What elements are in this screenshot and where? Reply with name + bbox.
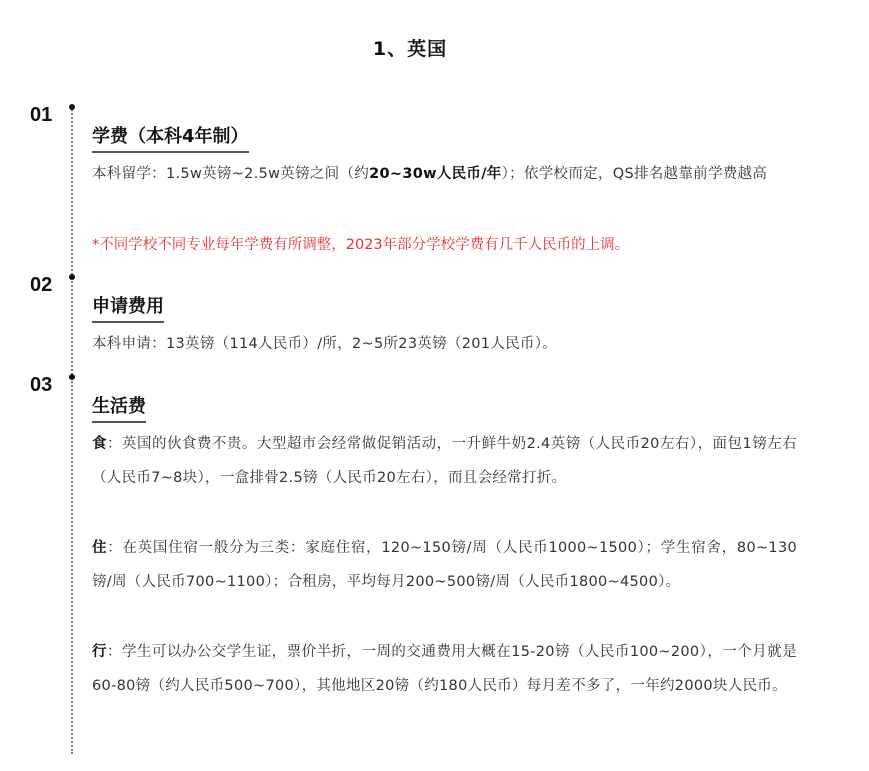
section-number-01: 01 (30, 104, 52, 127)
food-label: 食 (92, 436, 107, 452)
section-heading-application-fee: 申请费用 (92, 296, 164, 323)
transport-text: ：学生可以办公交学生证，票价半折，一周的交通费用大概在15-20镑（人民币100… (92, 644, 797, 694)
living-housing-paragraph: 住：在英国住宿一般分为三类：家庭住宿，120~150镑/周（人民币1000~15… (92, 532, 797, 599)
page-title: 1、英国 (0, 34, 820, 61)
tuition-note: *不同学校不同专业每年学费有所调整，2023年部分学校学费有几千人民币的上调。 (92, 235, 797, 255)
section-heading-tuition: 学费（本科4年制） (92, 126, 249, 153)
housing-text: ：在英国住宿一般分为三类：家庭住宿，120~150镑/周（人民币1000~150… (92, 540, 797, 590)
timeline-line (71, 106, 73, 754)
timeline-dot-icon (69, 104, 75, 110)
food-text: ：英国的伙食费不贵。大型超市会经常做促销活动，一升鲜牛奶2.4英镑（人民币20左… (92, 436, 797, 486)
living-food-paragraph: 食：英国的伙食费不贵。大型超市会经常做促销活动，一升鲜牛奶2.4英镑（人民币20… (92, 428, 797, 495)
section-heading-living-cost: 生活费 (92, 396, 146, 423)
tuition-text-prefix: 本科留学：1.5w英镑~2.5w英镑之间（约 (92, 166, 369, 182)
application-fee-paragraph: 本科申请：13英镑（114人民币）/所，2~5所23英镑（201人民币）。 (92, 328, 797, 362)
timeline-dot-icon (69, 274, 75, 280)
tuition-text-suffix: ）；依学校而定，QS排名越靠前学费越高 (502, 166, 768, 182)
tuition-text-bold: 20~30w人民币/年 (369, 166, 502, 182)
section-number-02: 02 (30, 274, 52, 297)
section-number-03: 03 (30, 374, 52, 397)
transport-label: 行 (92, 644, 107, 660)
living-transport-paragraph: 行：学生可以办公交学生证，票价半折，一周的交通费用大概在15-20镑（人民币10… (92, 636, 797, 703)
housing-label: 住 (92, 540, 107, 556)
tuition-paragraph: 本科留学：1.5w英镑~2.5w英镑之间（约20~30w人民币/年）；依学校而定… (92, 158, 797, 192)
timeline-dot-icon (69, 374, 75, 380)
